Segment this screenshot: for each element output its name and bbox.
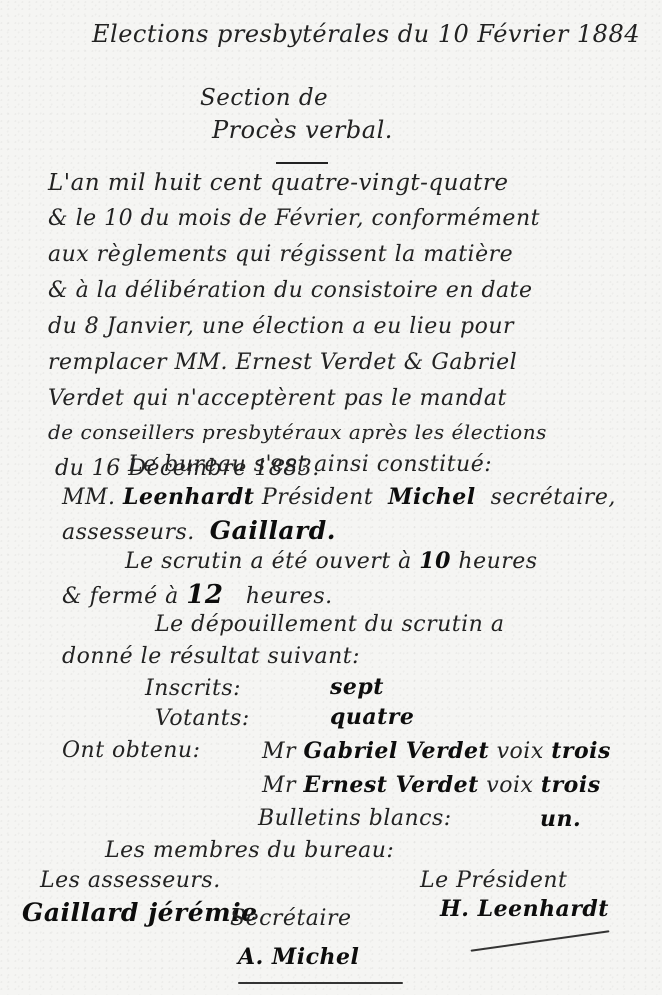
candidate-row: Mr Ernest Verdet voix trois [262,772,601,798]
scrutin-close-text: & fermé à [62,584,179,609]
assessors-label: Les assesseurs. [40,868,221,893]
secretary-role: secrétaire, [491,485,616,510]
bureau-prefix: MM. [62,485,116,510]
candidate-prefix: Mr [262,773,296,798]
president-signature: H. Leenhardt [440,896,609,922]
president-label: Le Président [420,868,567,893]
assessor-role: assesseurs. [62,520,195,545]
obtenu-label: Ont obtenu: [62,738,200,763]
candidate-row: Mr Gabriel Verdet voix trois [262,738,611,764]
depouillement-line-2: donné le résultat suivant: [62,644,360,669]
candidate-prefix: Mr [262,739,296,764]
president-role: Président [262,485,373,510]
president-name: Leenhardt [123,484,254,510]
scrutin-open-text: Le scrutin a été ouvert à [125,549,412,574]
open-hour: 10 [419,548,451,574]
inscrits-label: Inscrits: [145,676,241,701]
secretary-flourish [238,982,403,984]
candidate-name: Gabriel Verdet [304,738,490,764]
secretary-signature: A. Michel [238,944,359,970]
blank-label: Bulletins blancs: [258,806,452,831]
votants-label: Votants: [155,706,250,731]
close-hour: 12 [186,580,223,610]
section-label: Section de [200,85,328,111]
members-line: Les membres du bureau: [105,838,394,863]
document-page: Elections presbytérales du 10 Février 18… [0,0,662,995]
candidate-votes: trois [541,772,601,798]
candidate-votes: trois [551,738,611,764]
inscrits-value: sept [330,674,384,700]
votants-value: quatre [330,704,414,730]
document-subtitle: Procès verbal. [212,116,393,144]
blank-value: un. [540,806,581,832]
body-line: aux règlements qui régissent la matière [48,242,513,267]
candidate-unit: voix [486,773,533,798]
scrutin-open-line: Le scrutin a été ouvert à 10 heures [125,548,538,574]
assessor-line: assesseurs. Gaillard. [62,516,336,545]
open-suffix: heures [458,549,537,574]
body-line: de conseillers presbytéraux après les él… [48,420,547,444]
bureau-intro: Le bureau s'est ainsi constitué: [128,452,492,477]
scrutin-close-line: & fermé à 12 heures. [62,580,333,610]
body-line: L'an mil huit cent quatre-vingt-quatre [48,170,509,196]
assessor-name: Gaillard. [210,516,336,545]
president-flourish [471,930,610,951]
assessors-signature: Gaillard jérémie [22,898,257,927]
secretary-label: Secrétaire [230,906,351,931]
secretary-name: Michel [388,484,475,510]
body-line: & à la délibération du consistoire en da… [48,278,533,303]
divider-dash [276,162,328,164]
body-line: remplacer MM. Ernest Verdet & Gabriel [48,350,517,375]
bureau-line: MM. Leenhardt Président Michel secrétair… [62,484,616,510]
close-suffix: heures. [246,584,333,609]
depouillement-line-1: Le dépouillement du scrutin a [155,612,504,637]
document-heading: Elections presbytérales du 10 Février 18… [92,20,640,48]
candidate-unit: voix [497,739,544,764]
body-line: du 8 Janvier, une élection a eu lieu pou… [48,314,514,339]
body-line: Verdet qui n'acceptèrent pas le mandat [48,386,507,411]
body-line: & le 10 du mois de Février, conformément [48,206,540,231]
candidate-name: Ernest Verdet [304,772,479,798]
